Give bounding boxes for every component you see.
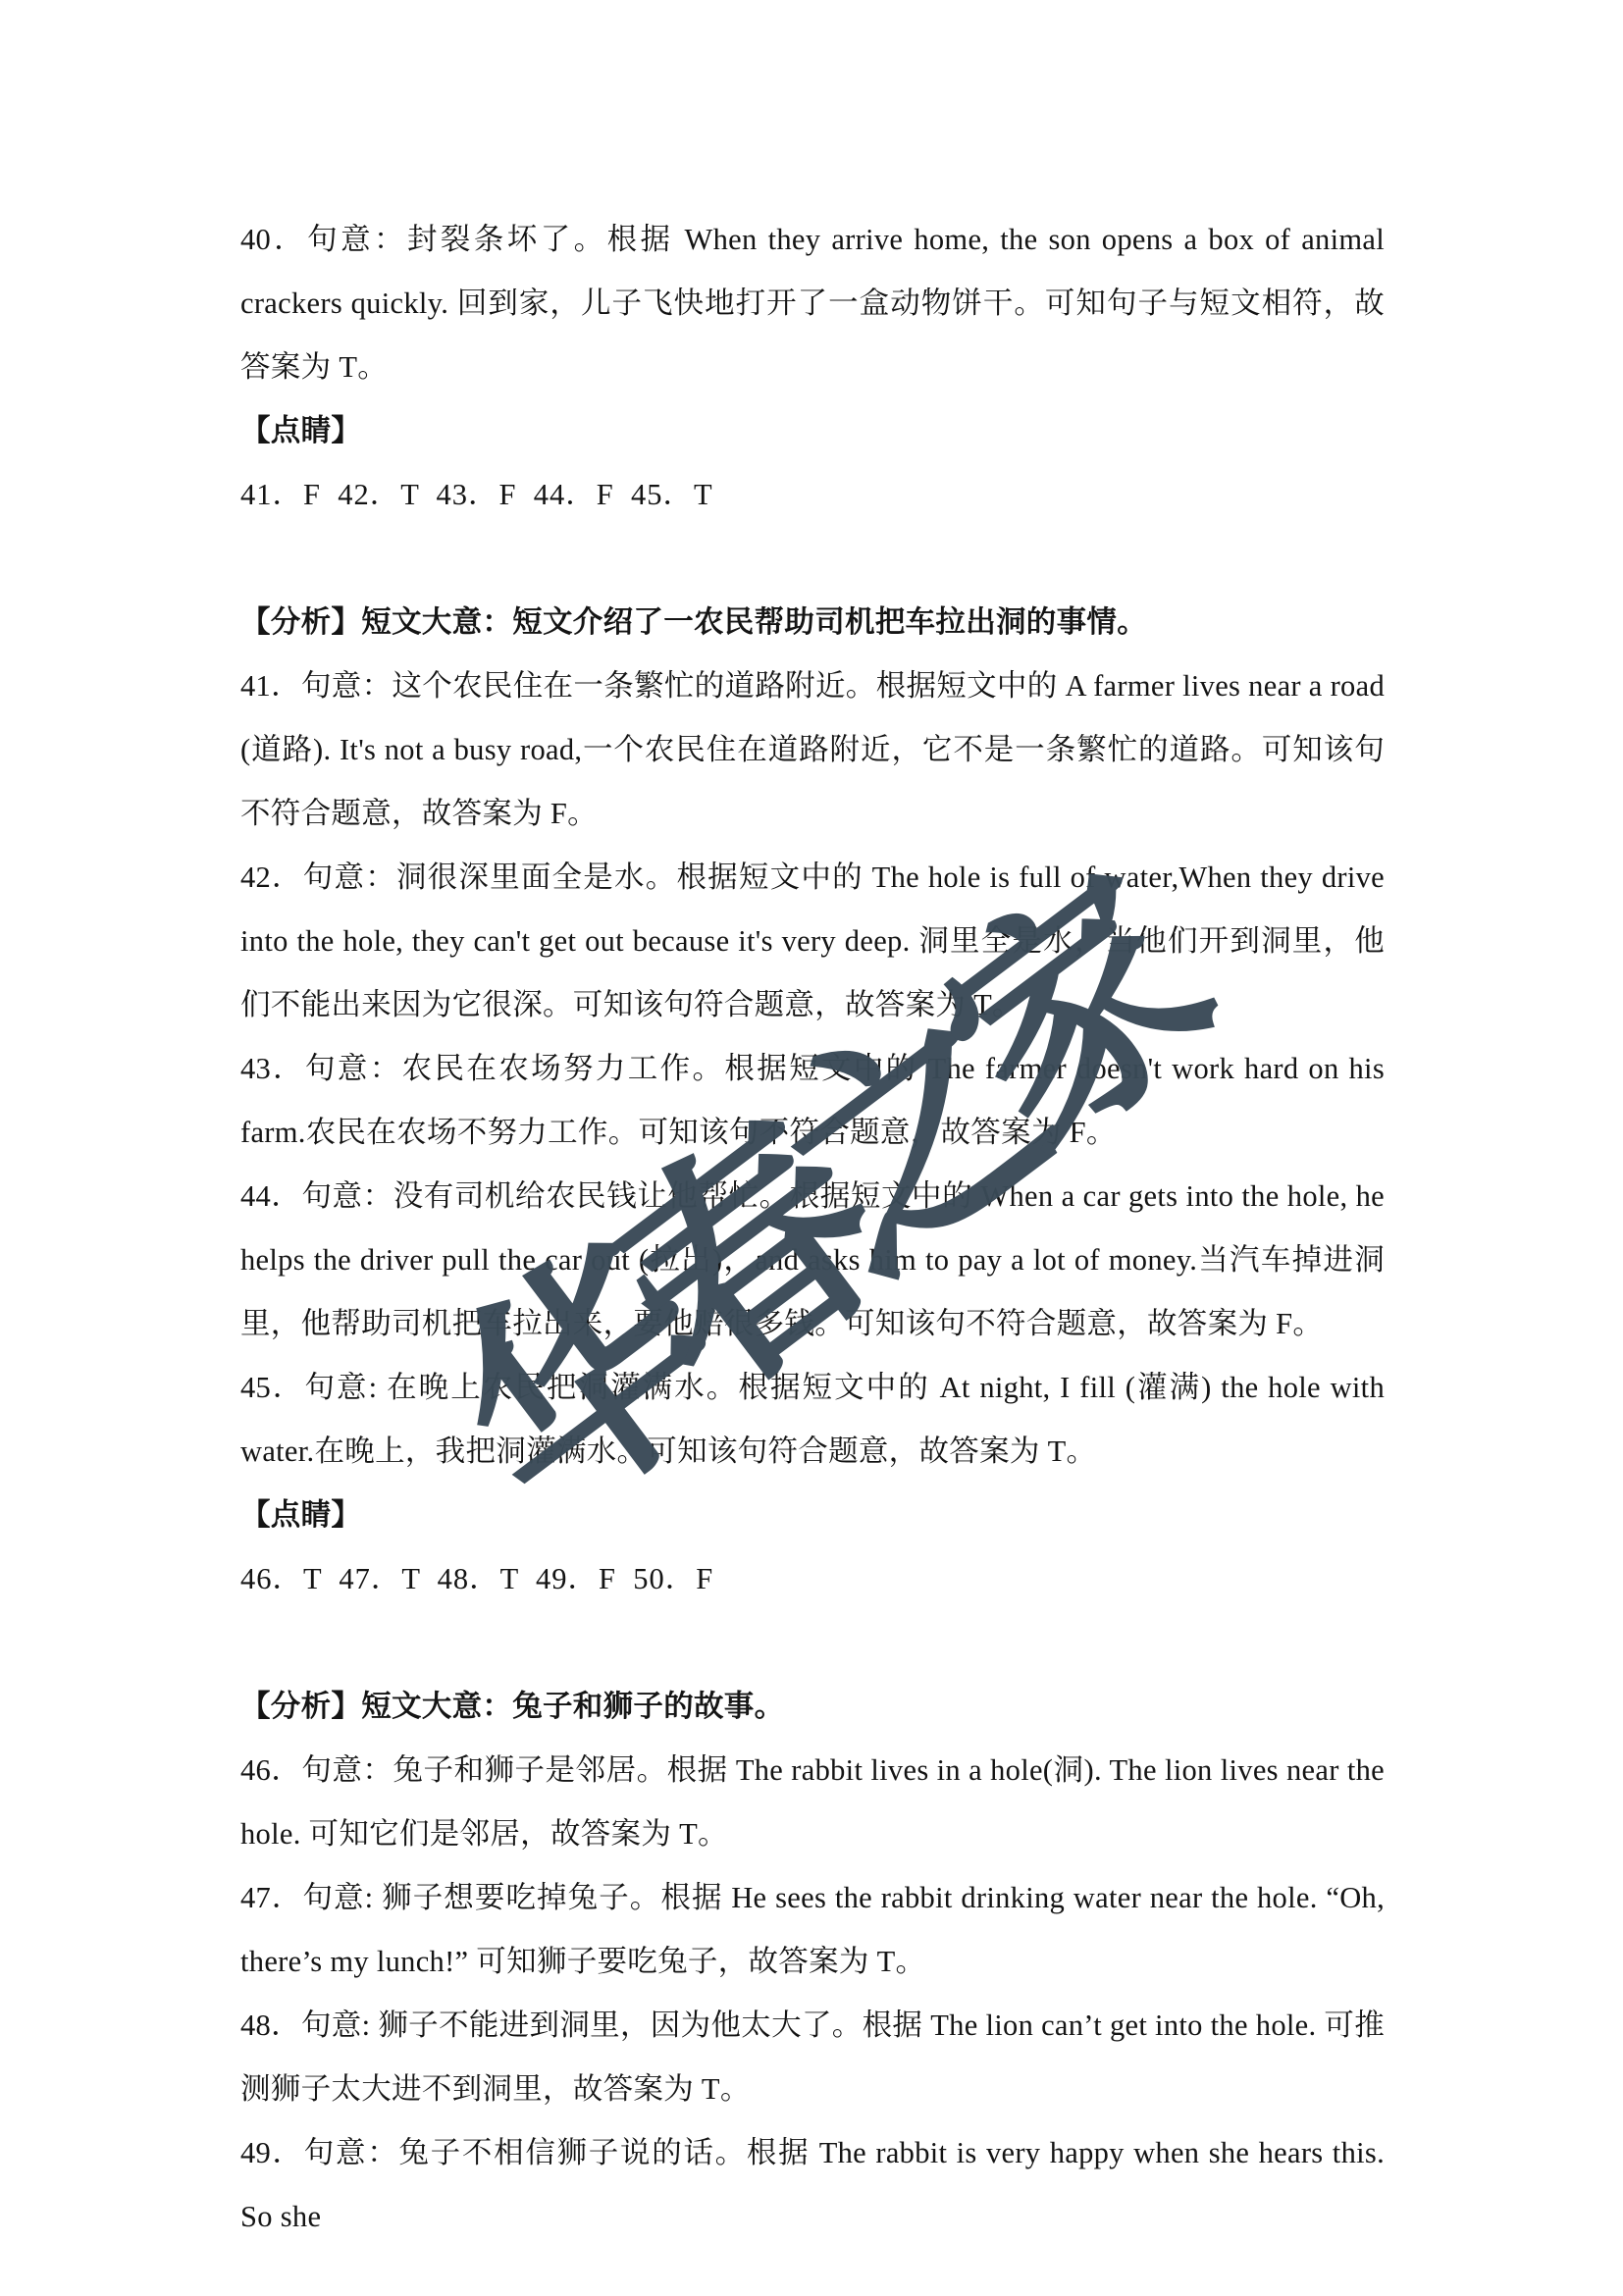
answer-explanations-body: 40．句意：封裂条坏了。根据 When they arrive home, th…: [240, 208, 1385, 2249]
analysis-summary-2: 【分析】短文大意：兔子和狮子的故事。: [240, 1675, 1385, 1739]
explanation-item-48: 48．句意: 狮子不能进到洞里，因为他太大了。根据 The lion can’t…: [240, 1994, 1385, 2121]
explanation-item-45: 45．句意: 在晚上农民把洞灌满水。根据短文中的 At night, I fil…: [240, 1356, 1385, 1484]
explanation-item-47: 47．句意: 狮子想要吃掉兔子。根据 He sees the rabbit dr…: [240, 1866, 1385, 1994]
explanation-item-46: 46．句意：兔子和狮子是邻居。根据 The rabbit lives in a …: [240, 1739, 1385, 1866]
answer-key-46-50: 46．T 47．T 48．T 49．F 50．F: [240, 1547, 1385, 1611]
explanation-item-44: 44．句意：没有司机给农民钱让他帮忙。根据短文中的 When a car get…: [240, 1165, 1385, 1356]
explanation-item-41: 41．句意：这个农民住在一条繁忙的道路附近。根据短文中的 A farmer li…: [240, 654, 1385, 846]
section-label-dianjing-2: 【点睛】: [240, 1484, 1385, 1547]
section-label-dianjing-1: 【点睛】: [240, 399, 1385, 463]
explanation-item-49: 49．句意：兔子不相信狮子说的话。根据 The rabbit is very h…: [240, 2121, 1385, 2249]
explanation-item-43: 43．句意：农民在农场努力工作。根据短文中的 The farmer doesn'…: [240, 1037, 1385, 1165]
document-page: 40．句意：封裂条坏了。根据 When they arrive home, th…: [0, 0, 1623, 2296]
answer-key-41-45: 41．F 42．T 43．F 44．F 45．T: [240, 463, 1385, 527]
analysis-summary-1: 【分析】短文大意：短文介绍了一农民帮助司机把车拉出洞的事情。: [240, 591, 1385, 654]
explanation-item-42: 42．句意：洞很深里面全是水。根据短文中的 The hole is full o…: [240, 846, 1385, 1037]
explanation-item-40: 40．句意：封裂条坏了。根据 When they arrive home, th…: [240, 208, 1385, 399]
